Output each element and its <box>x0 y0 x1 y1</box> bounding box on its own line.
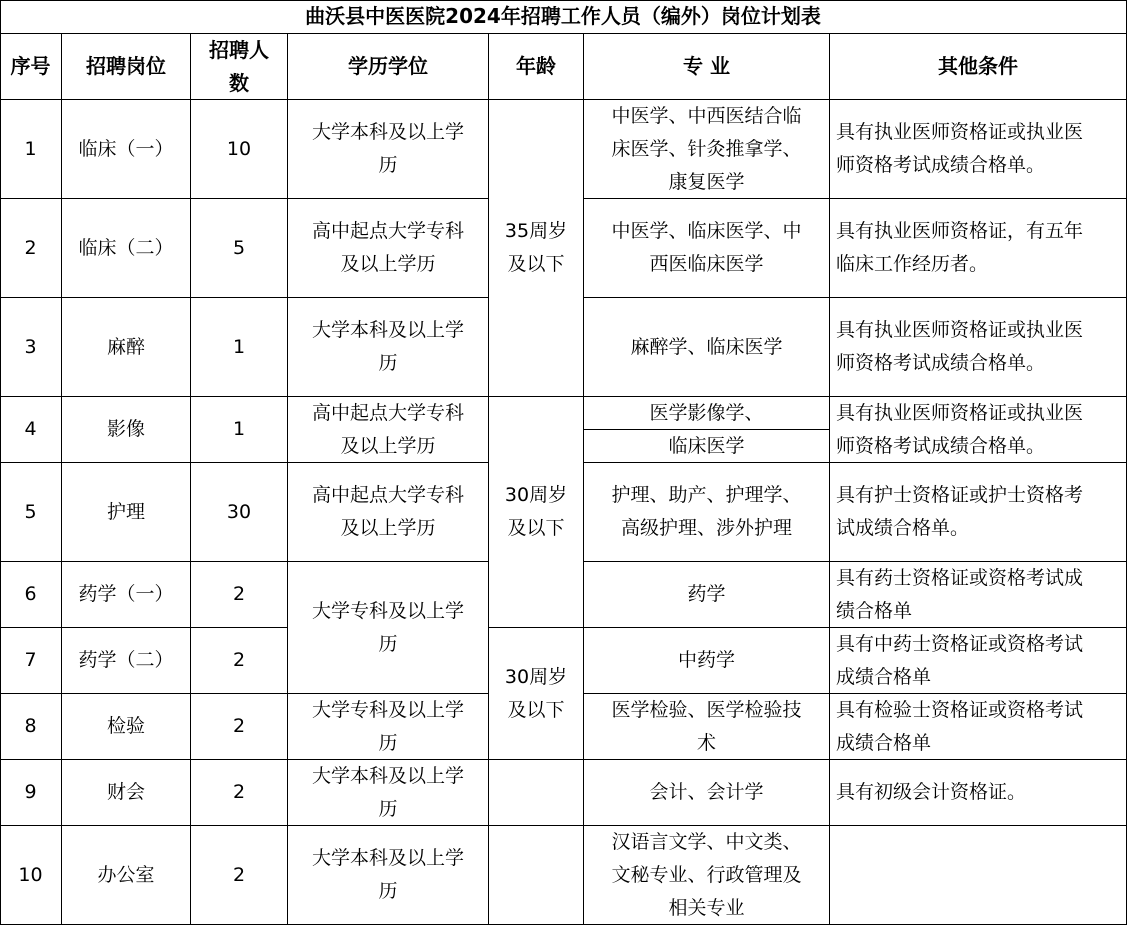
row2-major: 中医学、临床医学、中 西医临床医学 <box>584 199 830 298</box>
row1-count: 10 <box>191 100 288 199</box>
row1-index: 1 <box>0 100 62 199</box>
row1-other: 具有执业医师资格证或执业医 师资格考试成绩合格单。 <box>830 100 1127 199</box>
row5-other: 具有护士资格证或护士资格考 试成绩合格单。 <box>830 463 1127 562</box>
row6-count: 2 <box>191 562 288 628</box>
table-title: 曲沃县中医医院2024年招聘工作人员（编外）岗位计划表 <box>0 0 1127 34</box>
row3-education: 大学本科及以上学 历 <box>288 298 489 397</box>
row7-major: 中药学 <box>584 628 830 694</box>
row10-age <box>489 826 584 925</box>
row1-position: 临床（一） <box>62 100 191 199</box>
age-rows-7-8: 30周岁 及以下 <box>489 628 584 760</box>
row6-major: 药学 <box>584 562 830 628</box>
row4-other: 具有执业医师资格证或执业医 师资格考试成绩合格单。 <box>830 397 1127 463</box>
row4-education: 高中起点大学专科 及以上学历 <box>288 397 489 463</box>
row2-index: 2 <box>0 199 62 298</box>
row10-count: 2 <box>191 826 288 925</box>
row5-education: 高中起点大学专科 及以上学历 <box>288 463 489 562</box>
row4-index: 4 <box>0 397 62 463</box>
header-index: 序号 <box>0 34 62 100</box>
row3-major: 麻醉学、临床医学 <box>584 298 830 397</box>
header-age: 年龄 <box>489 34 584 100</box>
row3-index: 3 <box>0 298 62 397</box>
row6-position: 药学（一） <box>62 562 191 628</box>
row8-major: 医学检验、医学检验技 术 <box>584 694 830 760</box>
header-education: 学历学位 <box>288 34 489 100</box>
row5-position: 护理 <box>62 463 191 562</box>
row4-major-b: 临床医学 <box>584 430 830 463</box>
row7-position: 药学（二） <box>62 628 191 694</box>
row9-other: 具有初级会计资格证。 <box>830 760 1127 826</box>
row2-other: 具有执业医师资格证，有五年 临床工作经历者。 <box>830 199 1127 298</box>
row4-count: 1 <box>191 397 288 463</box>
header-position: 招聘岗位 <box>62 34 191 100</box>
row10-other <box>830 826 1127 925</box>
row3-other: 具有执业医师资格证或执业医 师资格考试成绩合格单。 <box>830 298 1127 397</box>
row8-index: 8 <box>0 694 62 760</box>
row4-major-a: 医学影像学、 <box>584 397 830 430</box>
row7-index: 7 <box>0 628 62 694</box>
row8-position: 检验 <box>62 694 191 760</box>
row8-other: 具有检验士资格证或资格考试 成绩合格单 <box>830 694 1127 760</box>
row5-major: 护理、助产、护理学、 高级护理、涉外护理 <box>584 463 830 562</box>
row9-education: 大学本科及以上学 历 <box>288 760 489 826</box>
age-rows-1-3: 35周岁 及以下 <box>489 100 584 397</box>
row1-education: 大学本科及以上学 历 <box>288 100 489 199</box>
row10-position: 办公室 <box>62 826 191 925</box>
row2-count: 5 <box>191 199 288 298</box>
row3-count: 1 <box>191 298 288 397</box>
row5-index: 5 <box>0 463 62 562</box>
row6-other: 具有药士资格证或资格考试成 绩合格单 <box>830 562 1127 628</box>
education-rows-6-7: 大学专科及以上学 历 <box>288 562 489 694</box>
row9-position: 财会 <box>62 760 191 826</box>
row8-education: 大学专科及以上学 历 <box>288 694 489 760</box>
row2-education: 高中起点大学专科 及以上学历 <box>288 199 489 298</box>
row2-position: 临床（二） <box>62 199 191 298</box>
row10-education: 大学本科及以上学 历 <box>288 826 489 925</box>
row9-count: 2 <box>191 760 288 826</box>
row7-other: 具有中药士资格证或资格考试 成绩合格单 <box>830 628 1127 694</box>
row7-count: 2 <box>191 628 288 694</box>
row10-index: 10 <box>0 826 62 925</box>
row8-count: 2 <box>191 694 288 760</box>
row6-index: 6 <box>0 562 62 628</box>
row9-major: 会计、会计学 <box>584 760 830 826</box>
header-count: 招聘人 数 <box>191 34 288 100</box>
row5-count: 30 <box>191 463 288 562</box>
row1-major: 中医学、中西医结合临 床医学、针灸推拿学、 康复医学 <box>584 100 830 199</box>
header-major: 专 业 <box>584 34 830 100</box>
row9-index: 9 <box>0 760 62 826</box>
row4-position: 影像 <box>62 397 191 463</box>
age-rows-4-6: 30周岁 及以下 <box>489 397 584 628</box>
row10-major: 汉语言文学、中文类、 文秘专业、行政管理及 相关专业 <box>584 826 830 925</box>
header-other: 其他条件 <box>830 34 1127 100</box>
row3-position: 麻醉 <box>62 298 191 397</box>
row9-age <box>489 760 584 826</box>
